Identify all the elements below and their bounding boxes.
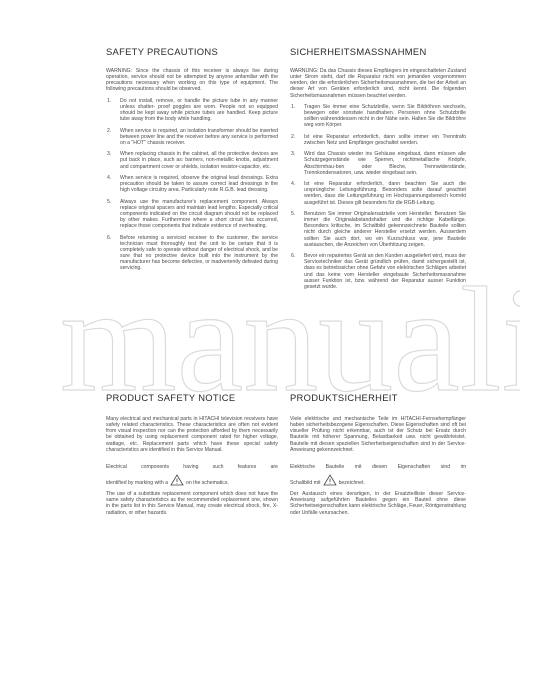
item-text: Wird das Chassis wieder ins Gehäuse eing… [304, 151, 466, 176]
item-text: Do not install, remove, or handle the pi… [120, 98, 278, 123]
warning-triangle-icon [170, 474, 184, 486]
produktsicherheit-heading: PRODUKTSICHERHEIT [290, 392, 466, 403]
sicherheitsmassnahmen-list: 1.Tragen Sie immer eine Schutzbrille, we… [290, 104, 466, 290]
item-number: 3. [107, 151, 111, 157]
list-item: 4.When service is required, observe the … [106, 175, 278, 193]
product-notice-para2b-pre: identified by marking with a [106, 480, 168, 486]
produkt-para2b-pre: Schaltbild mit [290, 480, 321, 486]
list-item: 1.Do not install, remove, or handle the … [106, 98, 278, 123]
list-item: 3.Wird das Chassis wieder ins Gehäuse ei… [290, 151, 466, 176]
product-notice-para2b-post: on the schematics. [186, 480, 229, 486]
item-text: Ist eine Reparatur erforderlich, dann so… [304, 134, 466, 146]
sicherheitsmassnahmen-heading: SICHERHEITSMASSNAHMEN [290, 46, 466, 57]
warnung-intro: WARNUNG: Da das Chassis dieses Empfänger… [290, 68, 466, 99]
list-item: 2.When service is required, an isolation… [106, 128, 278, 146]
product-notice-para3: The use of a substitute replacement comp… [106, 491, 278, 516]
produkt-para1: Viele elektrische und mechanische Teile … [290, 416, 466, 453]
list-item: 5.Benutzen Sie immer Originalersatzteile… [290, 211, 466, 248]
sicherheitsmassnahmen-section: SICHERHEITSMASSNAHMEN WARNUNG: Da das Ch… [290, 46, 466, 290]
item-number: 1. [107, 98, 111, 104]
safety-precautions-heading: SAFETY PRECAUTIONS [106, 46, 278, 57]
product-notice-para1: Many electrical and mechanical parts in … [106, 416, 278, 453]
item-number: 5. [291, 211, 295, 217]
item-text: When service is required, an isolation t… [120, 128, 278, 146]
item-text: Bevor ein repariertes Gerät an den Kunde… [304, 253, 466, 290]
list-item: 5.Always use the manufacturer's replacem… [106, 199, 278, 230]
warning-symbol-line: Schaltbild mit bezeichnet. [290, 474, 466, 486]
list-item: 3.When replacing chassis in the cabinet,… [106, 151, 278, 169]
warning-triangle-icon [323, 474, 337, 486]
list-item: 1.Tragen Sie immer eine Schutzbrille, we… [290, 104, 466, 129]
list-item: 6.Bevor ein repariertes Gerät an den Kun… [290, 253, 466, 290]
item-number: 4. [107, 175, 111, 181]
item-text: Ist eine Reparatur erforderlich, dann be… [304, 181, 466, 206]
item-text: Benutzen Sie immer Originalersatzteile v… [304, 211, 466, 248]
list-item: 6.Before returning a serviced receiver t… [106, 235, 278, 272]
safety-precautions-list: 1.Do not install, remove, or handle the … [106, 98, 278, 272]
item-number: 6. [291, 253, 295, 259]
safety-precautions-section: SAFETY PRECAUTIONS WARNING: Since the ch… [106, 46, 278, 272]
item-number: 2. [291, 134, 295, 140]
watermark: manuali [60, 280, 520, 400]
item-text: Tragen Sie immer eine Schutzbrille, wenn… [304, 104, 466, 129]
produktsicherheit-section: PRODUKTSICHERHEIT Viele elektrische und … [290, 392, 466, 516]
warning-symbol-line: identified by marking with a on the sche… [106, 474, 278, 486]
item-text: Before returning a serviced receiver to … [120, 235, 278, 272]
product-safety-notice-heading: PRODUCT SAFETY NOTICE [106, 392, 278, 403]
item-number: 6. [107, 235, 111, 241]
product-notice-para2a: Electrical components having such featur… [106, 464, 278, 470]
item-number: 4. [291, 181, 295, 187]
item-text: When service is required, observe the or… [120, 175, 278, 193]
item-number: 3. [291, 151, 295, 157]
list-item: 2.Ist eine Reparatur erforderlich, dann … [290, 134, 466, 146]
safety-warning-intro: WARNING: Since the chassis of this recei… [106, 68, 278, 93]
item-text: When replacing chassis in the cabinet, a… [120, 151, 278, 169]
item-number: 2. [107, 128, 111, 134]
produkt-para2b-post: bezeichnet. [339, 480, 365, 486]
product-safety-notice-section: PRODUCT SAFETY NOTICE Many electrical an… [106, 392, 278, 516]
watermark-text: manuali [60, 280, 520, 400]
item-number: 5. [107, 199, 111, 205]
list-item: 4.Ist eine Reparatur erforderlich, dann … [290, 181, 466, 206]
produkt-para3: Der Austausch eines derartigen, in der E… [290, 491, 466, 516]
produkt-para2a: Elektrische Bauteile mit diesen Eigensch… [290, 464, 466, 470]
item-number: 1. [291, 104, 295, 110]
item-text: Always use the manufacturer's replacemen… [120, 199, 278, 230]
